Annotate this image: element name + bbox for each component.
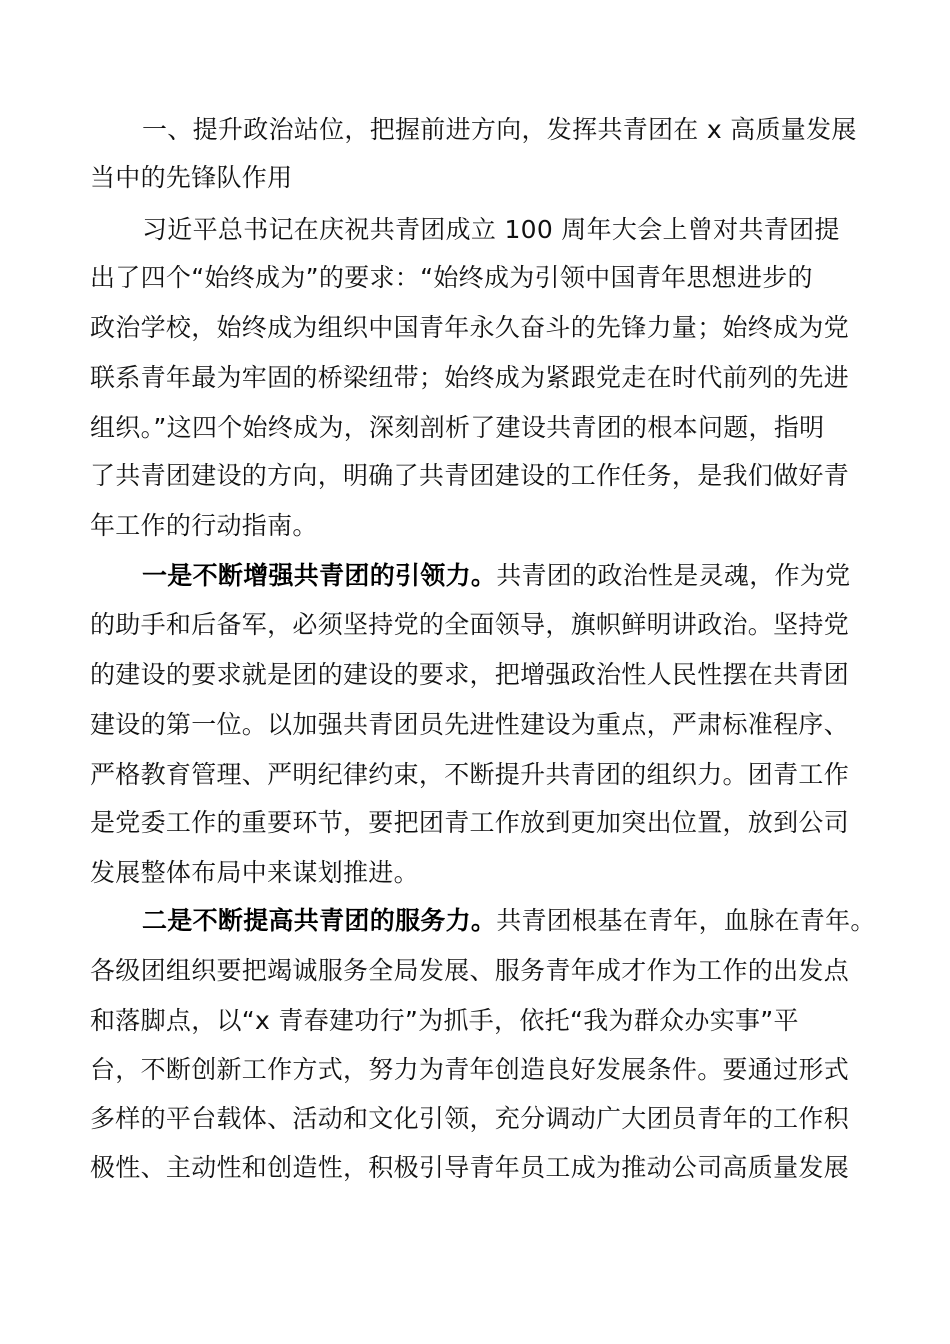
- paragraph-one-line: 建设的第一位。以加强共青团员先进性建设为重点，严肃标准程序、: [90, 705, 870, 745]
- document-page: 一、提升政治站位，把握前进方向，发挥共青团在 x 高质量发展 当中的先锋队作用 …: [0, 0, 950, 1344]
- paragraph-two-line: 多样的平台载体、活动和文化引领，充分调动广大团员青年的工作积: [90, 1099, 870, 1139]
- paragraph-two-first-line-text: 共青团根基在青年，血脉在青年。: [496, 906, 876, 935]
- paragraph-one-line: 是党委工作的重要环节，要把团青工作放到更加突出位置，放到公司: [90, 803, 870, 843]
- paragraph-one-line: 的助手和后备军，必须坚持党的全面领导，旗帜鲜明讲政治。坚持党: [90, 605, 870, 645]
- section-heading-line-2: 当中的先锋队作用: [90, 158, 870, 198]
- intro-paragraph-line: 组织。”这四个始终成为，深刻剖析了建设共青团的根本问题，指明: [90, 408, 870, 448]
- section-heading-line-1: 一、提升政治站位，把握前进方向，发挥共青团在 x 高质量发展: [142, 110, 872, 150]
- intro-paragraph-line: 了共青团建设的方向，明确了共青团建设的工作任务，是我们做好青: [90, 456, 870, 496]
- paragraph-one-line: 的建设的要求就是团的建设的要求，把增强政治性人民性摆在共青团: [90, 655, 870, 695]
- paragraph-two-line: 和落脚点，以“x 青春建功行”为抓手，依托“我为群众办实事”平: [90, 1001, 870, 1041]
- paragraph-two-line: 台，不断创新工作方式，努力为青年创造良好发展条件。要通过形式: [90, 1050, 870, 1090]
- paragraph-one-first-line-text: 共青团的政治性是灵魂，作为党: [496, 561, 850, 590]
- paragraph-one-line: 发展整体布局中来谋划推进。: [90, 853, 870, 893]
- intro-paragraph-line: 年工作的行动指南。: [90, 506, 870, 546]
- paragraph-two-lead: 二是不断提高共青团的服务力。: [142, 906, 496, 935]
- paragraph-one-first-line: 一是不断增强共青团的引领力。共青团的政治性是灵魂，作为党: [142, 556, 872, 596]
- paragraph-one-line: 严格教育管理、严明纪律约束，不断提升共青团的组织力。团青工作: [90, 755, 870, 795]
- paragraph-two-first-line: 二是不断提高共青团的服务力。共青团根基在青年，血脉在青年。: [142, 901, 872, 941]
- paragraph-two-line: 极性、主动性和创造性，积极引导青年员工成为推动公司高质量发展: [90, 1148, 870, 1188]
- paragraph-two-line: 各级团组织要把竭诚服务全局发展、服务青年成才作为工作的出发点: [90, 951, 870, 991]
- intro-paragraph-line: 习近平总书记在庆祝共青团成立 100 周年大会上曾对共青团提: [142, 210, 872, 250]
- intro-paragraph-line: 联系青年最为牢固的桥梁纽带；始终成为紧跟党走在时代前列的先进: [90, 358, 870, 398]
- intro-paragraph-line: 政治学校，始终成为组织中国青年永久奋斗的先锋力量；始终成为党: [90, 308, 870, 348]
- intro-paragraph-line: 出了四个“始终成为”的要求：“始终成为引领中国青年思想进步的: [90, 258, 870, 298]
- paragraph-one-lead: 一是不断增强共青团的引领力。: [142, 561, 496, 590]
